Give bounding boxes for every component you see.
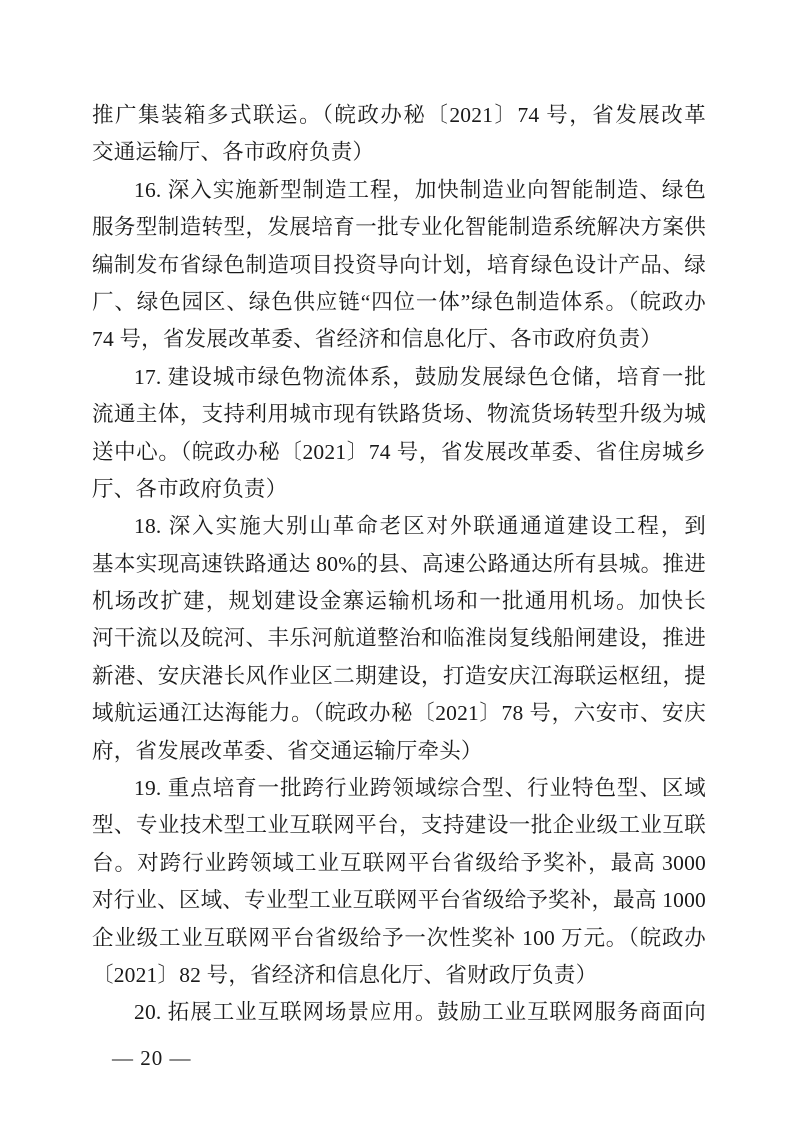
text-line: 服务型制造转型，发展培育一批专业化智能制造系统解决方案供应商。 xyxy=(92,209,706,246)
paragraph-item-18: 18. 深入实施大别山革命老区对外联通通道建设工程，到 2025 年，基本实现高… xyxy=(92,508,706,770)
text-line: 18. 深入实施大别山革命老区对外联通通道建设工程，到 2025 年， xyxy=(92,508,706,545)
text-line: 企业级工业互联网平台省级给予一次性奖补 100 万元。（皖政办秘 xyxy=(92,920,706,957)
paragraph-item-20: 20. 拓展工业互联网场景应用。鼓励工业互联网服务商面向重点 xyxy=(92,994,706,1031)
text-block: 推广集装箱多式联运。（皖政办秘〔2021〕74 号，省发展改革委、省交通运输厅、… xyxy=(92,97,706,1032)
text-line: 台。对跨行业跨领域工业互联网平台省级给予奖补，最高 3000 万元; xyxy=(92,845,706,882)
text-line: 16. 深入实施新型制造工程，加快制造业向智能制造、绿色制造、 xyxy=(92,172,706,209)
paragraph-item-15-continuation: 推广集装箱多式联运。（皖政办秘〔2021〕74 号，省发展改革委、省交通运输厅、… xyxy=(92,97,706,172)
paragraph-item-19: 19. 重点培育一批跨行业跨领域综合型、行业特色型、区域特色型、专业技术型工业互… xyxy=(92,770,706,994)
paragraph-item-16: 16. 深入实施新型制造工程，加快制造业向智能制造、绿色制造、服务型制造转型，发… xyxy=(92,172,706,359)
text-line: 〔2021〕82 号，省经济和信息化厅、省财政厅负责） xyxy=(92,957,706,994)
text-line: 推广集装箱多式联运。（皖政办秘〔2021〕74 号，省发展改革委、省 xyxy=(92,97,706,134)
document-page: 推广集装箱多式联运。（皖政办秘〔2021〕74 号，省发展改革委、省交通运输厅、… xyxy=(0,0,793,1122)
text-line: 域航运通江达海能力。（皖政办秘〔2021〕78 号，六安市、安庆市政 xyxy=(92,695,706,732)
text-line: 型、专业技术型工业互联网平台，支持建设一批企业级工业互联网平 xyxy=(92,807,706,844)
text-line: 送中心。（皖政办秘〔2021〕74 号，省发展改革委、省住房城乡建设 xyxy=(92,434,706,471)
text-line: 17. 建设城市绿色物流体系，鼓励发展绿色仓储，培育一批绿色 xyxy=(92,359,706,396)
page-number: — 20 — xyxy=(112,1040,192,1077)
text-line: 基本实现高速铁路通达 80%的县、高速公路通达所有县城。推进安庆 xyxy=(92,546,706,583)
text-line: 流通主体，支持利用城市现有铁路货场、物流货场转型升级为城市配 xyxy=(92,396,706,433)
text-line: 厂、绿色园区、绿色供应链“四位一体”绿色制造体系。（皖政办秘〔2021〕 xyxy=(92,284,706,321)
text-line: 厅、各市政府负责） xyxy=(92,471,706,508)
text-line: 新港、安庆港长风作业区二期建设，打造安庆江海联运枢纽，提升区 xyxy=(92,658,706,695)
text-line: 74 号，省发展改革委、省经济和信息化厅、各市政府负责） xyxy=(92,321,706,358)
text-line: 交通运输厅、各市政府负责） xyxy=(92,134,706,171)
text-line: 对行业、区域、专业型工业互联网平台省级给予奖补，最高 1000 万元; xyxy=(92,882,706,919)
paragraph-item-17: 17. 建设城市绿色物流体系，鼓励发展绿色仓储，培育一批绿色流通主体，支持利用城… xyxy=(92,359,706,509)
text-line: 府，省发展改革委、省交通运输厅牵头） xyxy=(92,733,706,770)
text-line: 编制发布省绿色制造项目投资导向计划，培育绿色设计产品、绿色工 xyxy=(92,247,706,284)
text-line: 19. 重点培育一批跨行业跨领域综合型、行业特色型、区域特色 xyxy=(92,770,706,807)
text-line: 河干流以及皖河、丰乐河航道整治和临淮岗复线船闸建设，推进皖河 xyxy=(92,620,706,657)
text-line: 机场改扩建，规划建设金寨运输机场和一批通用机场。加快长江、淮 xyxy=(92,583,706,620)
text-line: 20. 拓展工业互联网场景应用。鼓励工业互联网服务商面向重点 xyxy=(92,994,706,1031)
